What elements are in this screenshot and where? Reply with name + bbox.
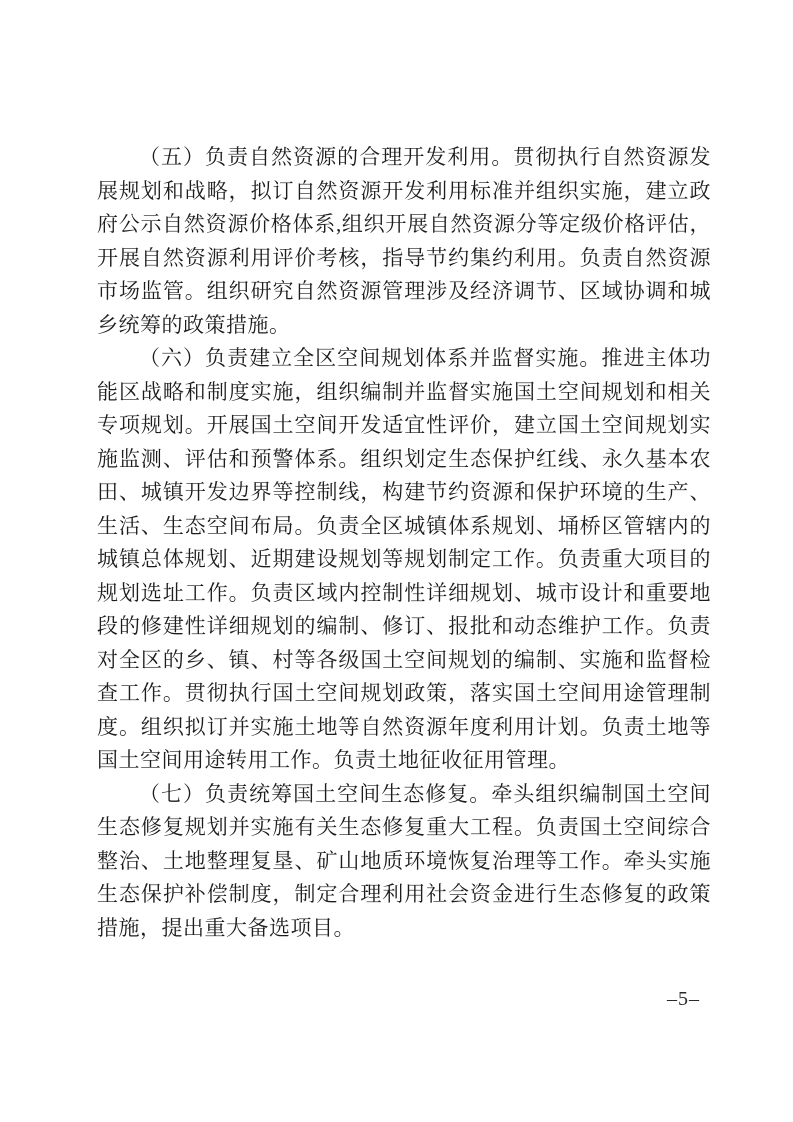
paragraph-duty-6: （六）负责建立全区空间规划体系并监督实施。推进主体功能区战略和制度实施，组织编制… [97, 342, 711, 778]
document-page: （五）负责自然资源的合理开发利用。贯彻执行自然资源发展规划和战略，拟订自然资源开… [0, 0, 793, 1122]
page-number: –5– [667, 988, 700, 1011]
paragraph-duty-7: （七）负责统筹国土空间生态修复。牵头组织编制国土空间生态修复规划并实施有关生态修… [97, 778, 711, 946]
paragraph-duty-5: （五）负责自然资源的合理开发利用。贯彻执行自然资源发展规划和战略，拟订自然资源开… [97, 141, 711, 342]
document-body: （五）负责自然资源的合理开发利用。贯彻执行自然资源发展规划和战略，拟订自然资源开… [97, 141, 711, 945]
